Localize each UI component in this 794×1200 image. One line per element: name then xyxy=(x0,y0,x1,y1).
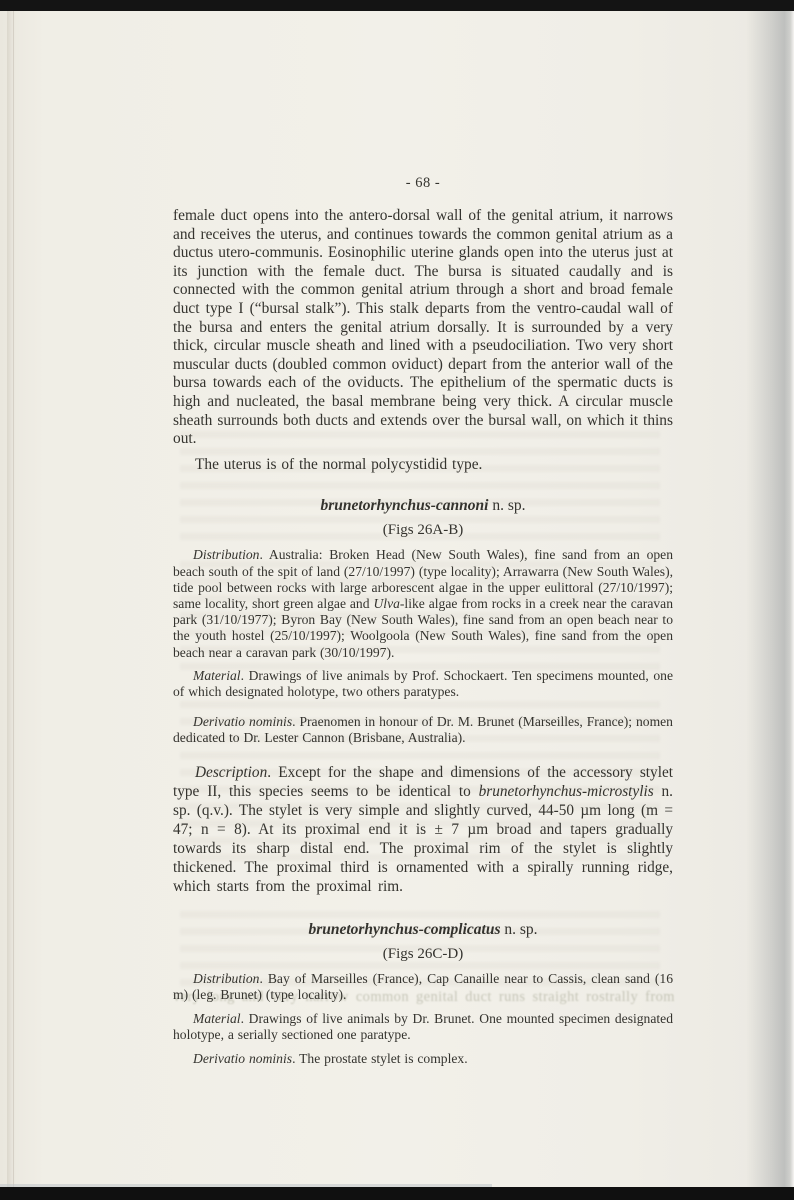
scan-border-top xyxy=(0,0,794,11)
material-paragraph: Material. Drawings of live animals by Dr… xyxy=(173,1011,673,1043)
species-heading-cannoni: brunetorhynchus-cannoni n. sp. xyxy=(173,496,673,515)
genus-name-ulva: Ulva xyxy=(373,596,399,611)
derivatio-paragraph: Derivatio nominis. Praenomen in honour o… xyxy=(173,714,673,746)
scanned-page-paper: very long and very narrow common genital… xyxy=(0,11,794,1187)
distribution-paragraph: Distribution. Australia: Broken Head (Ne… xyxy=(173,547,673,660)
page-curve-shadow xyxy=(746,11,794,1187)
description-paragraph: Description. Except for the shape and di… xyxy=(173,763,673,896)
species-heading-complicatus: brunetorhynchus-complicatus n. sp. xyxy=(173,920,673,939)
species-name-suffix: n. sp. xyxy=(501,921,538,938)
distribution-paragraph: Distribution. Bay of Marseilles (France)… xyxy=(173,971,673,1003)
material-label: Material xyxy=(193,1011,241,1026)
material-paragraph: Material. Drawings of live animals by Pr… xyxy=(173,668,673,700)
derivatio-label: Derivatio nominis xyxy=(193,1051,292,1066)
derivatio-paragraph: Derivatio nominis. The prostate stylet i… xyxy=(173,1051,673,1067)
derivatio-label: Derivatio nominis xyxy=(193,714,292,729)
page-gutter-shadow xyxy=(7,11,16,1187)
page-gutter-line xyxy=(13,11,14,1187)
body-paragraph-uterus: The uterus is of the normal polycystidid… xyxy=(173,456,673,475)
material-text: . Drawings of live animals by Prof. Scho… xyxy=(173,668,673,699)
description-label: Description xyxy=(195,764,267,781)
species-name-microstylis: brunetorhynchus-microstylis xyxy=(479,783,654,800)
page-number: - 68 - xyxy=(173,174,673,192)
distribution-label: Distribution xyxy=(193,547,259,562)
species-name: brunetorhynchus-cannoni xyxy=(320,497,488,514)
distribution-label: Distribution xyxy=(193,971,259,986)
text-column: - 68 - female duct opens into the antero… xyxy=(173,174,673,1068)
material-text: . Drawings of live animals by Dr. Brunet… xyxy=(173,1011,673,1042)
scan-border-bottom xyxy=(0,1187,794,1200)
derivatio-text: . The prostate stylet is complex. xyxy=(292,1051,468,1066)
figs-caption-26ab: (Figs 26A-B) xyxy=(173,521,673,539)
species-name-suffix: n. sp. xyxy=(488,497,525,514)
body-paragraph-continuation: female duct opens into the antero-dorsal… xyxy=(173,207,673,449)
figs-caption-26cd: (Figs 26C-D) xyxy=(173,945,673,963)
material-label: Material xyxy=(193,668,241,683)
species-name: brunetorhynchus-complicatus xyxy=(308,921,500,938)
